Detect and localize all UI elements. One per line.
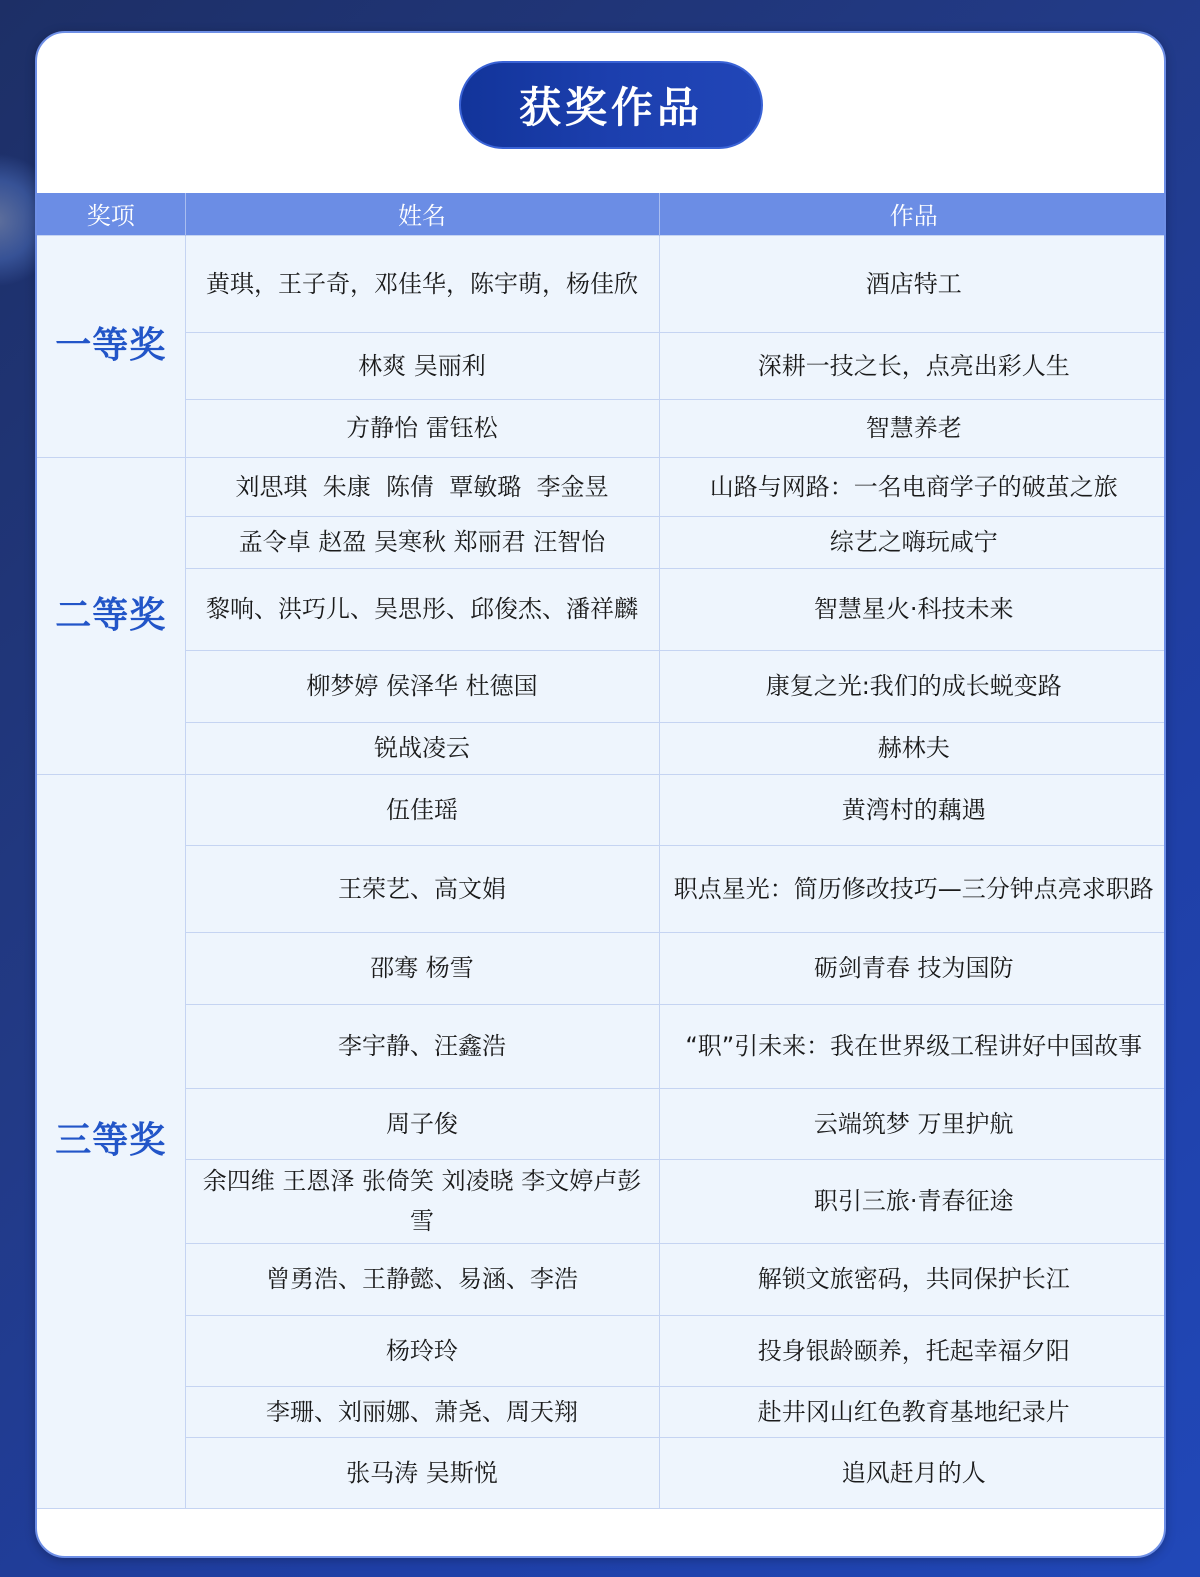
work-cell: 砺剑青春 技为国防	[659, 932, 1166, 1004]
names-cell: 黎响、洪巧儿、吴思彤、邱俊杰、潘祥麟	[185, 568, 659, 650]
names-cell: 余四维 王恩泽 张倚笑 刘凌晓 李文婷卢彭雪	[185, 1159, 659, 1243]
table-row: 张马涛 吴斯悦 追风赶月的人	[37, 1437, 1166, 1508]
names-cell: 方静怡 雷钰松	[185, 399, 659, 457]
work-cell: 黄湾村的藕遇	[659, 774, 1166, 845]
names-cell: 柳梦婷 侯泽华 杜德国	[185, 650, 659, 722]
table-row: 孟令卓 赵盈 吴寒秋 郑丽君 汪智怡 综艺之嗨玩咸宁	[37, 516, 1166, 568]
awards-table: 奖项 姓名 作品 一等奖 黄琪，王子奇，邓佳华，陈宇萌，杨佳欣 酒店特工 林爽 …	[37, 193, 1166, 1509]
table-row: 林爽 吴丽利 深耕一技之长，点亮出彩人生	[37, 332, 1166, 399]
names-cell: 张马涛 吴斯悦	[185, 1437, 659, 1508]
names-cell: 伍佳瑶	[185, 774, 659, 845]
table-row: 二等奖 刘思琪 朱康 陈倩 覃敏璐 李金昱 山路与网路：一名电商学子的破茧之旅	[37, 457, 1166, 516]
table-row: 锐战凌云 赫林夫	[37, 722, 1166, 774]
names-cell: 林爽 吴丽利	[185, 332, 659, 399]
table-row: 李宇静、汪鑫浩 “职”引未来：我在世界级工程讲好中国故事	[37, 1004, 1166, 1088]
work-cell: 赫林夫	[659, 722, 1166, 774]
work-cell: 解锁文旅密码，共同保护长江	[659, 1243, 1166, 1315]
work-cell: 职引三旅·青春征途	[659, 1159, 1166, 1243]
table-row: 柳梦婷 侯泽华 杜德国 康复之光:我们的成长蜕变路	[37, 650, 1166, 722]
work-cell: 职点星光：简历修改技巧—三分钟点亮求职路	[659, 845, 1166, 932]
table-row: 三等奖 伍佳瑶 黄湾村的藕遇	[37, 774, 1166, 845]
prize-third: 三等奖	[37, 774, 185, 1508]
work-cell: 赴井冈山红色教育基地纪录片	[659, 1386, 1166, 1437]
prize-first: 一等奖	[37, 235, 185, 457]
names-cell: 曾勇浩、王静懿、易涵、李浩	[185, 1243, 659, 1315]
names-cell: 李宇静、汪鑫浩	[185, 1004, 659, 1088]
header-work: 作品	[659, 193, 1166, 235]
work-cell: 投身银龄颐养，托起幸福夕阳	[659, 1315, 1166, 1386]
work-cell: 综艺之嗨玩咸宁	[659, 516, 1166, 568]
names-cell: 邵骞 杨雪	[185, 932, 659, 1004]
table-row: 周子俊 云端筑梦 万里护航	[37, 1088, 1166, 1159]
names-cell: 黄琪，王子奇，邓佳华，陈宇萌，杨佳欣	[185, 235, 659, 332]
page-title: 获奖作品	[459, 61, 763, 149]
work-cell: “职”引未来：我在世界级工程讲好中国故事	[659, 1004, 1166, 1088]
names-cell: 杨玲玲	[185, 1315, 659, 1386]
work-cell: 智慧养老	[659, 399, 1166, 457]
work-cell: 追风赶月的人	[659, 1437, 1166, 1508]
prize-second: 二等奖	[37, 457, 185, 774]
table-row: 黎响、洪巧儿、吴思彤、邱俊杰、潘祥麟 智慧星火·科技未来	[37, 568, 1166, 650]
table-header-row: 奖项 姓名 作品	[37, 193, 1166, 235]
awards-card: 获奖作品 奖项 姓名 作品 一等奖 黄琪，王子奇，邓佳华，陈宇萌，杨佳欣 酒店特…	[35, 31, 1166, 1558]
work-cell: 康复之光:我们的成长蜕变路	[659, 650, 1166, 722]
table-row: 邵骞 杨雪 砺剑青春 技为国防	[37, 932, 1166, 1004]
table-row: 余四维 王恩泽 张倚笑 刘凌晓 李文婷卢彭雪 职引三旅·青春征途	[37, 1159, 1166, 1243]
table-row: 曾勇浩、王静懿、易涵、李浩 解锁文旅密码，共同保护长江	[37, 1243, 1166, 1315]
work-cell: 云端筑梦 万里护航	[659, 1088, 1166, 1159]
names-cell: 李珊、刘丽娜、萧尧、周天翔	[185, 1386, 659, 1437]
table-row: 杨玲玲 投身银龄颐养，托起幸福夕阳	[37, 1315, 1166, 1386]
names-cell: 孟令卓 赵盈 吴寒秋 郑丽君 汪智怡	[185, 516, 659, 568]
names-cell: 刘思琪 朱康 陈倩 覃敏璐 李金昱	[185, 457, 659, 516]
work-cell: 山路与网路：一名电商学子的破茧之旅	[659, 457, 1166, 516]
work-cell: 深耕一技之长，点亮出彩人生	[659, 332, 1166, 399]
names-cell: 周子俊	[185, 1088, 659, 1159]
table-row: 方静怡 雷钰松 智慧养老	[37, 399, 1166, 457]
names-cell: 王荣艺、高文娟	[185, 845, 659, 932]
table-row: 李珊、刘丽娜、萧尧、周天翔 赴井冈山红色教育基地纪录片	[37, 1386, 1166, 1437]
table-row: 一等奖 黄琪，王子奇，邓佳华，陈宇萌，杨佳欣 酒店特工	[37, 235, 1166, 332]
header-prize: 奖项	[37, 193, 185, 235]
work-cell: 智慧星火·科技未来	[659, 568, 1166, 650]
names-cell: 锐战凌云	[185, 722, 659, 774]
work-cell: 酒店特工	[659, 235, 1166, 332]
header-names: 姓名	[185, 193, 659, 235]
table-row: 王荣艺、高文娟 职点星光：简历修改技巧—三分钟点亮求职路	[37, 845, 1166, 932]
